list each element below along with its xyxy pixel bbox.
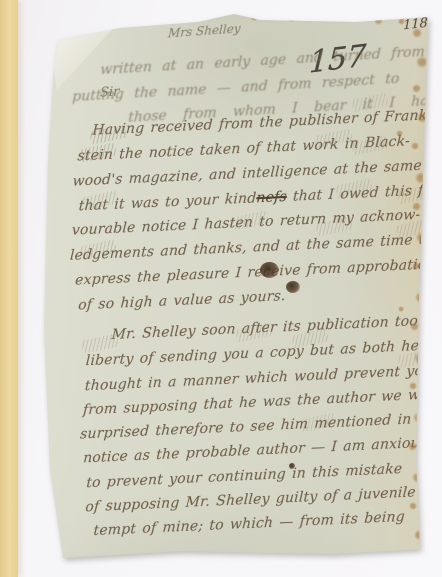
foxing-spot (250, 13, 258, 21)
foxing-spot (268, 12, 274, 18)
foxing-spot (415, 292, 426, 303)
foxing-spot (415, 172, 427, 184)
foxing-spot (330, 14, 338, 22)
salutation: Sir (100, 84, 120, 100)
manuscript-photo: Mrs Shelley 118 157 written at an early … (0, 0, 442, 577)
foxing-spot (413, 412, 424, 423)
foxing-spot (411, 142, 419, 150)
letter-page-wrap: Mrs Shelley 118 157 written at an early … (0, 0, 442, 577)
strikethrough-text: nefs (256, 189, 287, 206)
foxing-spot (412, 472, 423, 483)
foxing-spot (412, 262, 420, 270)
letter-line: tempt of mine; to which — from its being (93, 509, 405, 539)
foxing-spot (308, 12, 314, 18)
foxing-spot (398, 18, 405, 25)
ink-blot (289, 463, 295, 469)
letter-line: of so high a value as yours. (78, 288, 286, 313)
torn-corner (50, 24, 136, 90)
foxing-spot (412, 28, 422, 38)
foxing-spot (412, 202, 421, 211)
ink-blot (260, 262, 279, 278)
foxing-spot (374, 16, 383, 25)
foxing-spot (416, 56, 428, 68)
foxing-spot (409, 502, 417, 510)
foxing-spot (398, 306, 404, 312)
foxing-spot (352, 12, 358, 18)
collector-annotation: Mrs Shelley (168, 21, 241, 40)
foxing-spot (288, 14, 296, 22)
foxing-spot (412, 84, 421, 93)
foxing-spot (396, 130, 403, 137)
foxing-spot (410, 322, 419, 331)
foxing-spot (414, 530, 424, 540)
ink-blot (286, 281, 300, 293)
letter-page: Mrs Shelley 118 157 written at an early … (0, 0, 442, 577)
foxing-spot (409, 382, 417, 390)
foxing-spot (408, 442, 417, 451)
foxing-spot (417, 112, 428, 123)
